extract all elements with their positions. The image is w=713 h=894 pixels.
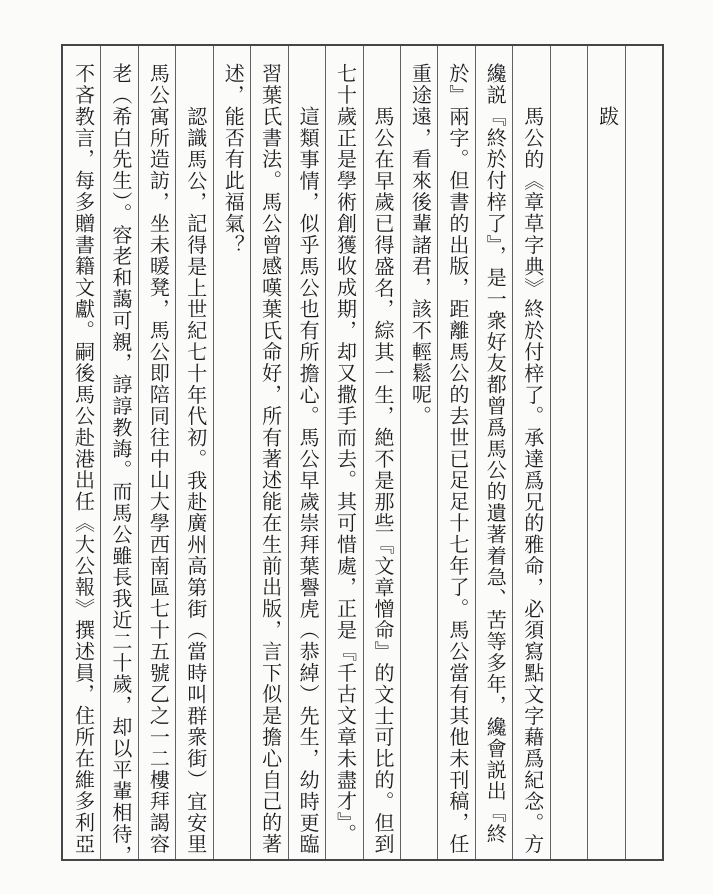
empty-column	[550, 46, 587, 859]
text-column: 認識馬公，記得是上世紀七十年代初。我赴廣州高第街（當時叫群衆街）宜安里	[175, 46, 212, 859]
text-column: 馬公在早歲已得盛名，綜其一生，絶不是那些『文章憎命』的文士可比的。但到	[363, 46, 400, 859]
text-column: 老（希白先生）。容老和藹可親，諄諄教誨。而馬公雖長我近二十歲，却以平輩相待，	[100, 46, 137, 859]
text-column: 重途遠，看來後輩諸君，該不輕鬆呢。	[400, 46, 437, 859]
text-column: 不吝教言，每多贈書籍文獻。嗣後馬公赴港出任《大公報》撰述員，住所在維多利亞	[63, 46, 100, 859]
text-column: 於』兩字。但書的出版，距離馬公的去世已足足十七年了。馬公當有其他未刊稿，任	[437, 46, 474, 859]
text-column: 馬公的《章草字典》終於付梓了。承達爲兄的雅命，必須寫點文字藉爲紀念。方	[512, 46, 549, 859]
text-column: 七十歲正是學術創獲收成期，却又撒手而去。其可惜處，正是『千古文章未盡才』。	[325, 46, 362, 859]
text-column: 馬公寓所造訪，坐未暖凳，馬公即陪同往中山大學西南區七十五號乙之一二樓拜謁容	[138, 46, 175, 859]
section-title: 跋	[587, 46, 624, 859]
empty-column	[625, 46, 662, 859]
text-column: 習葉氏書法。馬公曾感嘆葉氏命好，所有著述能在生前出版，言下似是擔心自己的著	[250, 46, 287, 859]
text-grid-frame: 跋 馬公的《章草字典》終於付梓了。承達爲兄的雅命，必須寫點文字藉爲紀念。方 纔説…	[61, 44, 664, 861]
text-column: 述，能否有此福氣？	[213, 46, 250, 859]
text-column: 這類事情，似乎馬公也有所擔心。馬公早歲崇拜葉譽虎（恭綽）先生，幼時更臨	[288, 46, 325, 859]
text-column: 纔説『終於付梓了』，是一衆好友都曾爲馬公的遺著着急、苦等多年，纔會説出『終	[475, 46, 512, 859]
scanned-book-page: 跋 馬公的《章草字典》終於付梓了。承達爲兄的雅命，必須寫點文字藉爲紀念。方 纔説…	[0, 0, 713, 894]
